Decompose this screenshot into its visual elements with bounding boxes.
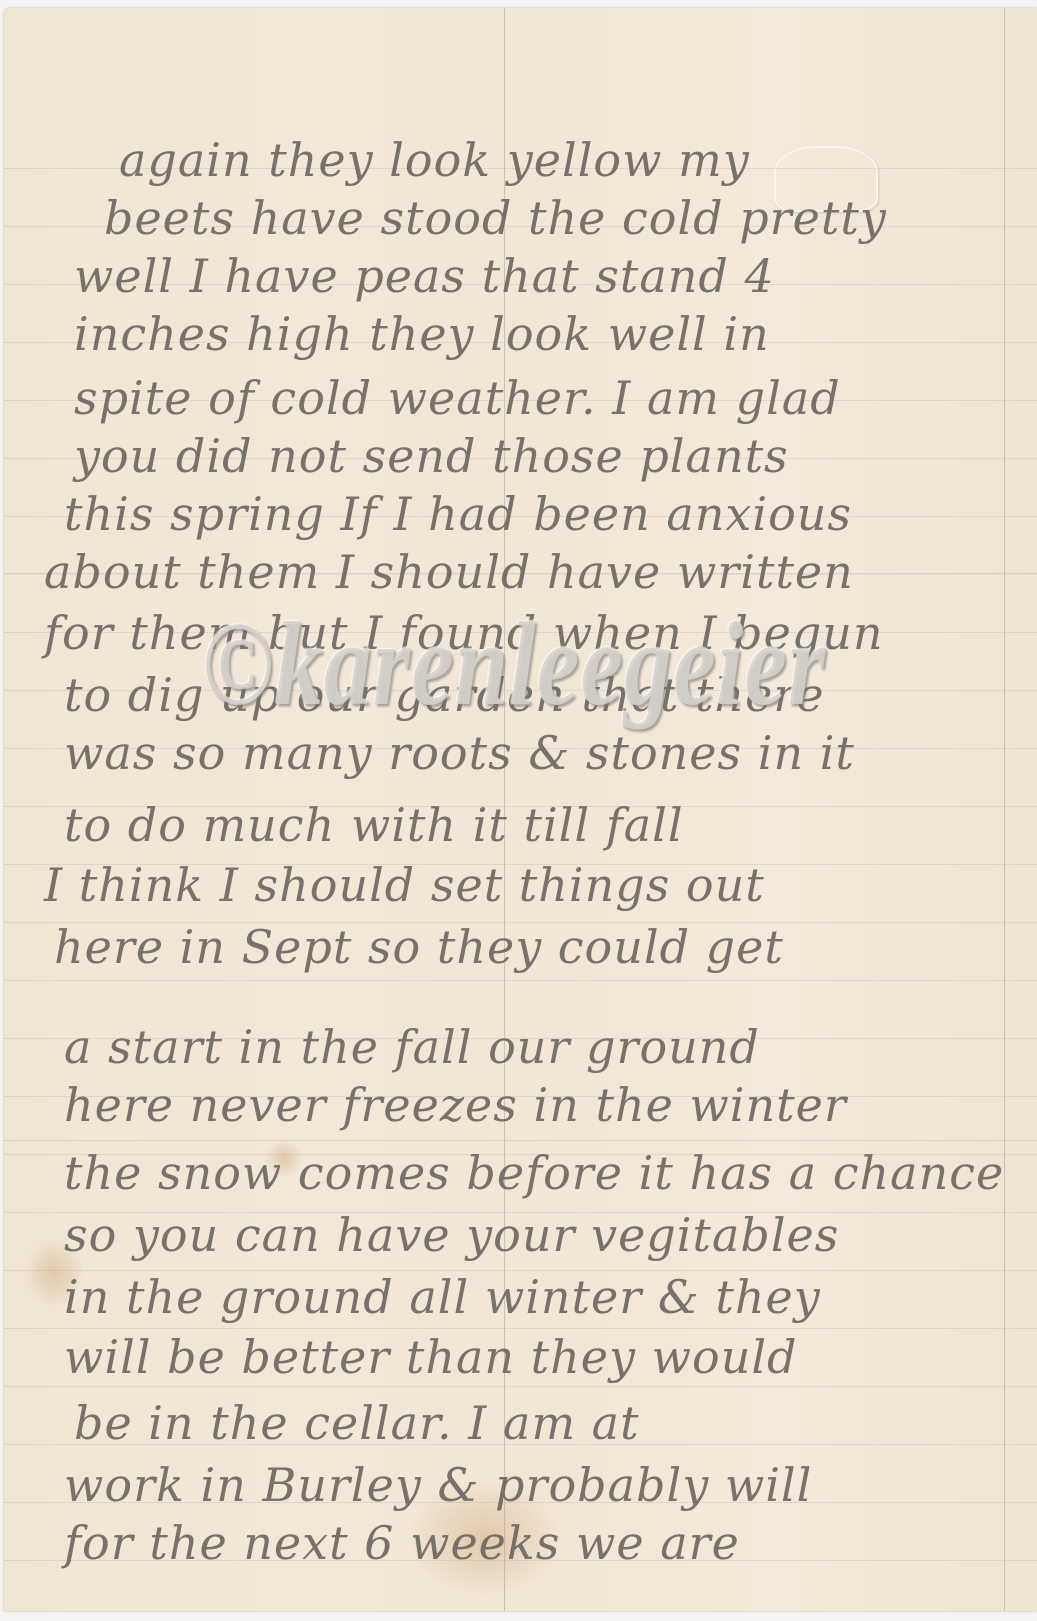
letter-line: beets have stood the cold pretty	[104, 191, 887, 245]
ruled-line	[4, 1328, 1037, 1329]
letter-line: here in Sept so they could get	[54, 920, 784, 974]
letter-line: well I have peas that stand 4	[74, 249, 775, 303]
letter-line: the snow comes before it has a chance	[64, 1146, 1004, 1200]
letter-line: work in Burley & probably will	[64, 1458, 812, 1512]
ruled-line	[4, 1386, 1037, 1387]
letter-line: will be better than they would	[64, 1330, 797, 1384]
vertical-fold-edge	[1004, 8, 1006, 1611]
letter-line: I think I should set things out	[44, 858, 765, 912]
letter-line: to do much with it till fall	[64, 798, 684, 852]
letter-line: spite of cold weather. I am glad	[74, 371, 841, 425]
letter-line: here never freezes in the winter	[64, 1078, 847, 1132]
letter-line: be in the cellar. I am at	[74, 1396, 640, 1450]
letter-line: in the ground all winter & they	[64, 1270, 821, 1324]
letter-line: about them I should have written	[44, 545, 854, 599]
letter-line: for the next 6 weeks we are	[64, 1516, 740, 1570]
letter-line: this spring If I had been anxious	[64, 487, 852, 541]
letter-line: inches high they look well in	[74, 307, 770, 361]
letter-line: a start in the fall our ground	[64, 1020, 760, 1074]
letter-page: again they look yellow my beets have sto…	[4, 8, 1037, 1611]
horizontal-fold	[4, 1140, 1037, 1142]
ruled-line	[4, 980, 1037, 981]
letter-line: was so many roots & stones in it	[64, 726, 855, 780]
copyright-watermark: ©karenleegeier	[202, 594, 826, 733]
letter-line: so you can have your vegitables	[64, 1208, 839, 1262]
letter-line: you did not send those plants	[74, 429, 789, 483]
letter-line: again they look yellow my	[119, 133, 750, 187]
